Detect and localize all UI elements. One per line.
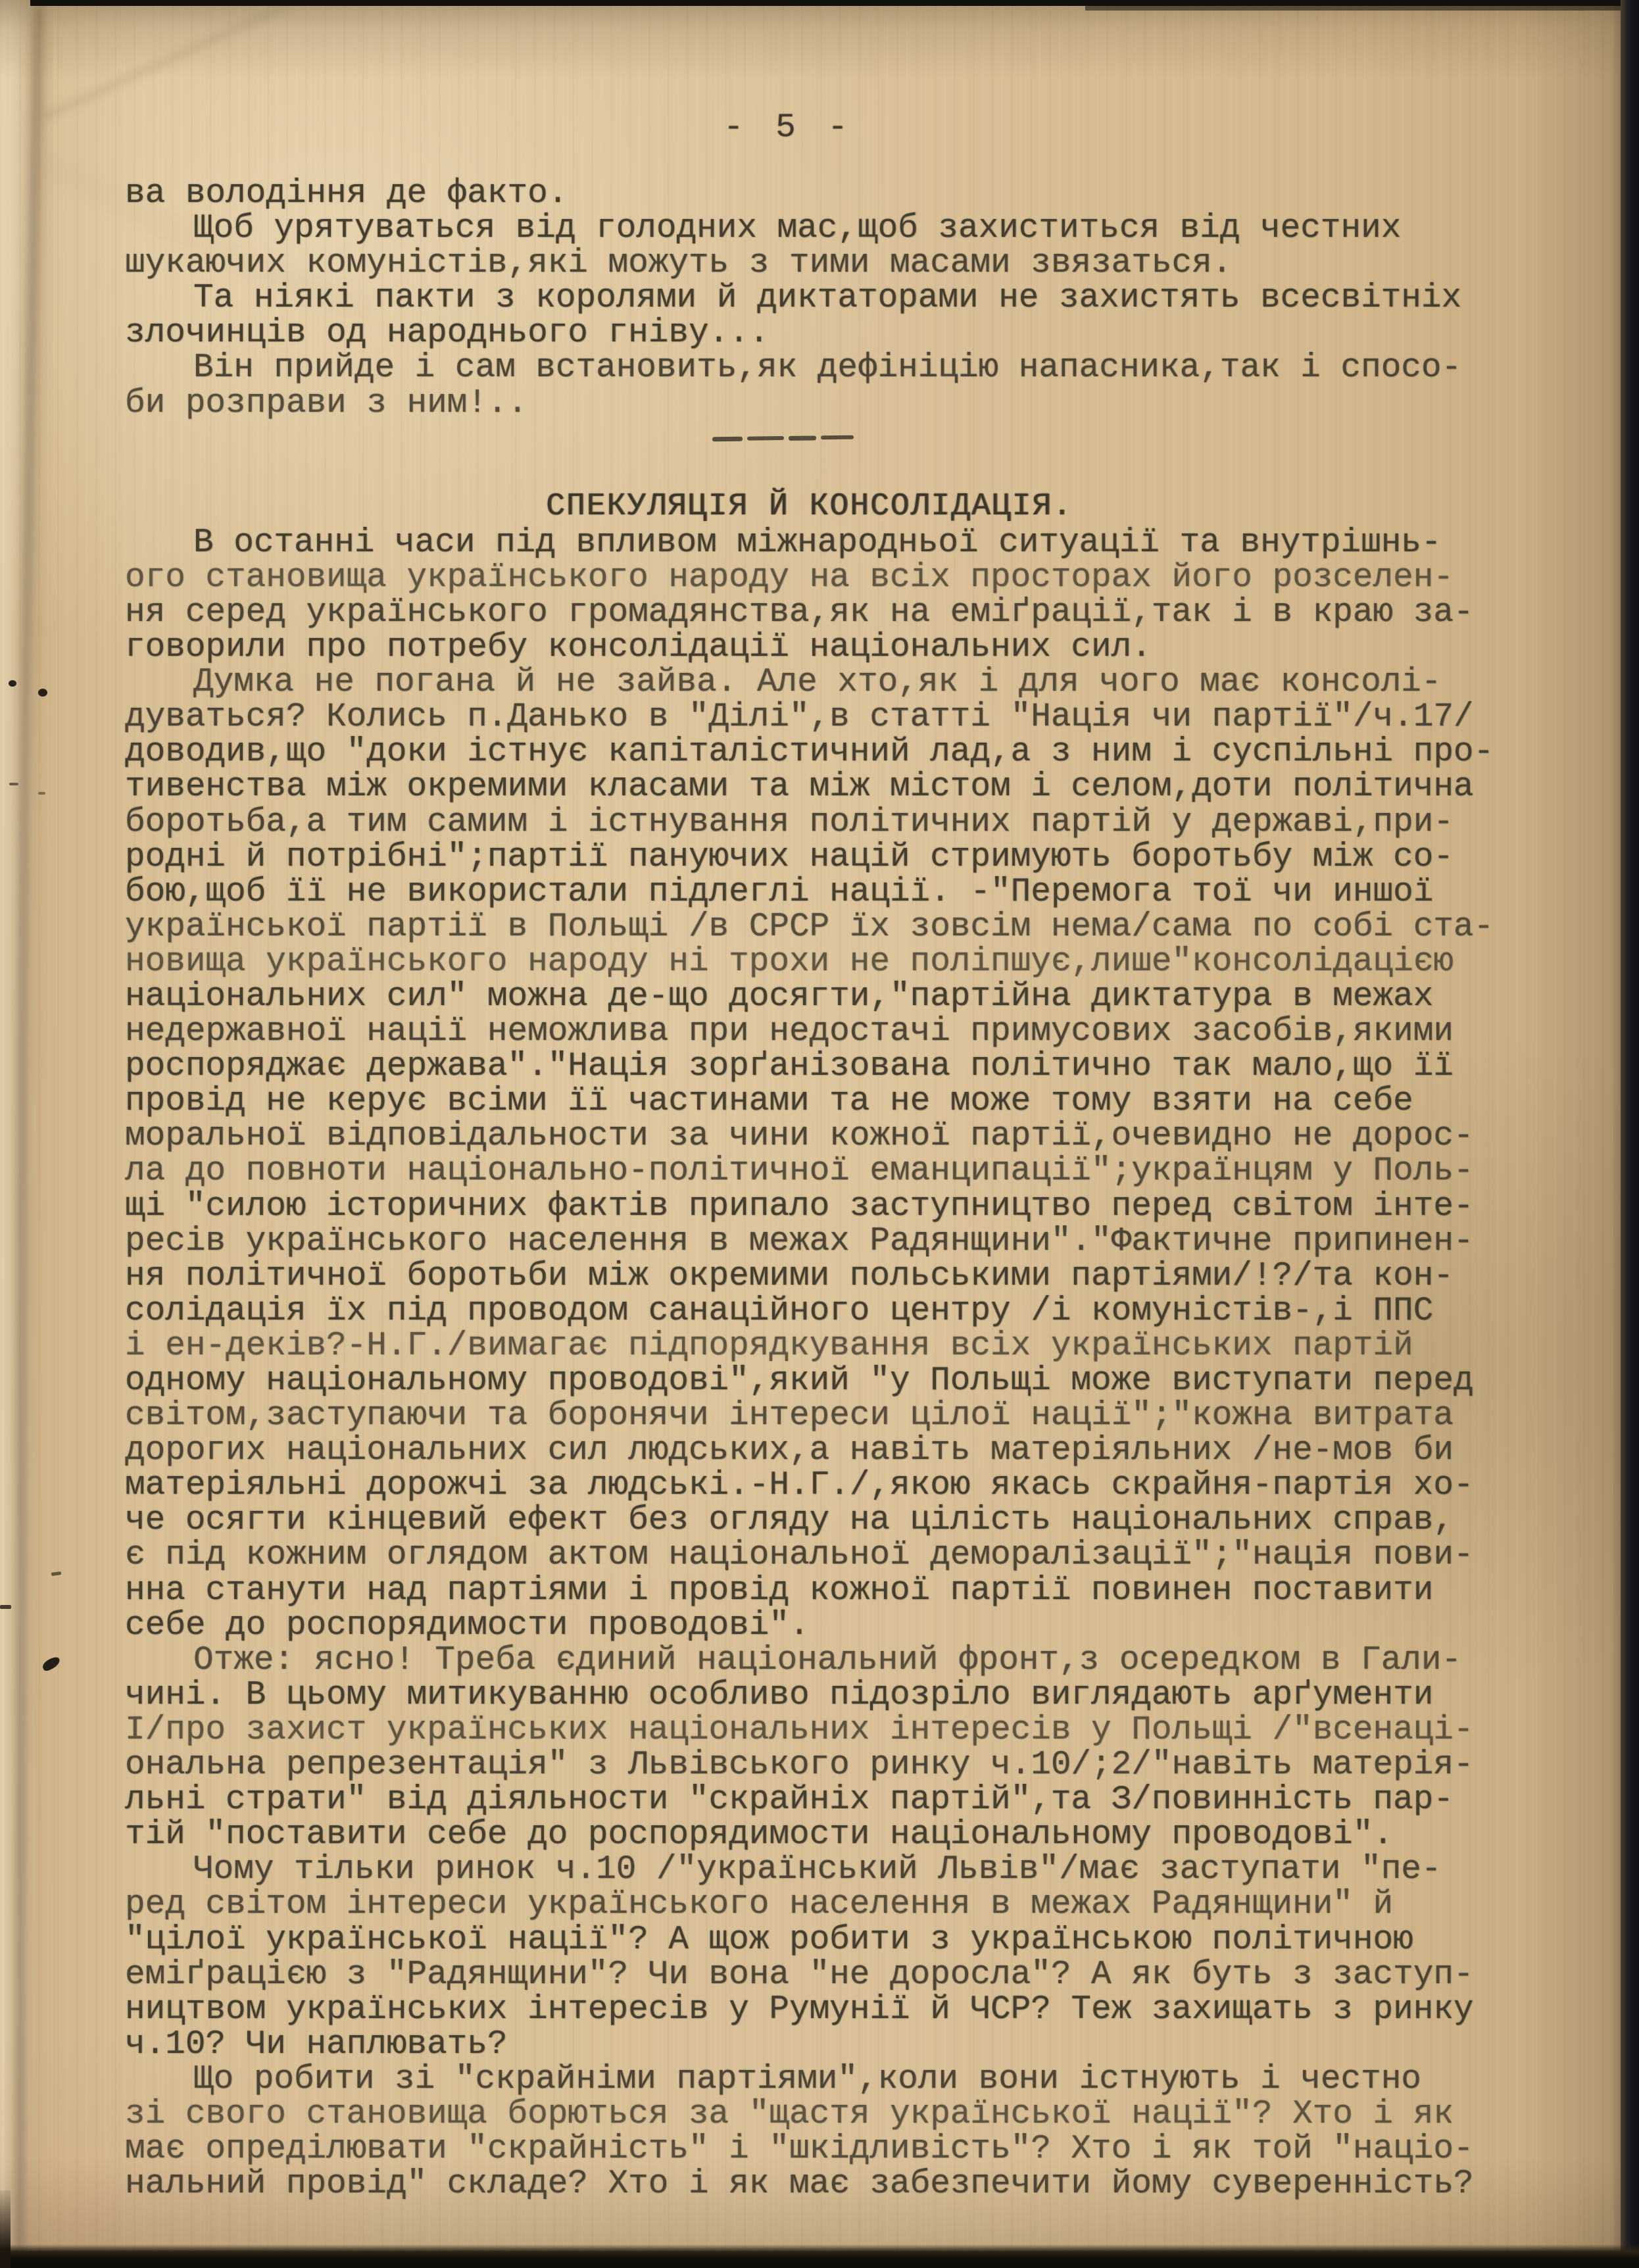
text-line: провід не керує всіми її частинами та не…	[125, 1084, 1532, 1119]
text-line: бою,щоб її не використали підлеглі нації…	[125, 875, 1532, 910]
text-line: чині. В цьому митикуванню особливо підоз…	[125, 1678, 1532, 1713]
ink-dash	[9, 783, 18, 785]
text-line: є під кожним оглядом актом національної …	[125, 1538, 1532, 1573]
scanned-page: - 5 - ва володіння де факто.Щоб урятуват…	[0, 0, 1639, 2268]
text-line: нальний провід" складе? Хто і як має заб…	[125, 2167, 1532, 2202]
ink-dash	[38, 792, 45, 795]
text-line: ва володіння де факто.	[125, 176, 1532, 211]
scan-edge-corner	[0, 2190, 11, 2268]
text-line: роспоряджає держава"."Нація зорґанізован…	[125, 1049, 1532, 1084]
text-line: одному національному проводові",який "у …	[125, 1364, 1532, 1398]
text-line: тивенства між окремими класами та між мі…	[125, 770, 1532, 804]
text-line: би розправи з ним!..	[125, 386, 1532, 421]
scan-edge-top	[1085, 6, 1639, 11]
text-line: ня політичної боротьби між окремими поль…	[125, 1259, 1532, 1294]
text-line: недержавної нації неможлива при недостач…	[125, 1014, 1532, 1049]
section-heading-block: СПЕКУЛЯЦІЯ Й КОНСОЛІДАЦІЯ.	[125, 456, 1532, 526]
text-line: Чому тільки ринок ч.10 /"український Льв…	[125, 1852, 1532, 1887]
text-line: має опреділювати "скрайність" і "шкідлив…	[125, 2132, 1532, 2167]
text-line: ресів українського населення в межах Рад…	[125, 1224, 1532, 1259]
text-line: себе до роспорядимости проводові".	[125, 1608, 1532, 1643]
text-line: моральної відповідальности за чини кожно…	[125, 1119, 1532, 1154]
divider-slot	[125, 421, 1532, 456]
text-line: доводив,що "доки істнує капіталістичний …	[125, 735, 1532, 770]
text-line: ред світом інтереси українського населен…	[125, 1887, 1532, 1922]
text-line: дорогих національних сил людських,а наві…	[125, 1433, 1532, 1468]
text-line: матеріяльні дорожчі за людські.-Н.Г./,як…	[125, 1468, 1532, 1503]
text-line: ого становища українського народу на всі…	[125, 560, 1532, 595]
text-line: Він прийде і сам встановить,як дефініцію…	[125, 351, 1532, 385]
scan-edge-right	[1621, 0, 1639, 2268]
text-line: родні й потрібні";партії пануючих націй …	[125, 840, 1532, 875]
text-line: шукаючих комуністів,які можуть з тими ма…	[125, 246, 1532, 281]
scan-edge-bottom	[0, 2244, 1639, 2268]
text-line: зі свого становища борються за "щастя ук…	[125, 2097, 1532, 2132]
text-line: еміґрацією з "Радянщини"? Чи вона "не до…	[125, 1958, 1532, 1992]
text-line: боротьба,а тим самим і істнування політи…	[125, 805, 1532, 840]
ink-dash	[0, 1605, 11, 1609]
text-line: дуваться? Колись п.Данько в "Ділі",в ста…	[125, 700, 1532, 735]
text-line: ництвом українських інтересів у Румунії …	[125, 1992, 1532, 2027]
page-number: - 5 -	[723, 109, 854, 147]
text-line: ла до повноти національно-політичної ема…	[125, 1154, 1532, 1189]
scan-edge-top	[30, 0, 1639, 6]
text-line: говорили про потребу консолідації націон…	[125, 630, 1532, 665]
text-line: злочинців од народнього гніву...	[125, 316, 1532, 351]
text-line: ч.10? Чи наплювать?	[125, 2027, 1532, 2062]
section-divider	[712, 434, 856, 441]
text-line: Отже: ясно! Треба єдиний національний фр…	[125, 1643, 1532, 1678]
text-line: тій "поставити себе до роспорядимости на…	[125, 1817, 1532, 1852]
text-line: че осягти кінцевий ефект без огляду на ц…	[125, 1503, 1532, 1538]
ink-dot	[38, 689, 47, 697]
text-line: нна станути над партіями і провід кожної…	[125, 1573, 1532, 1608]
text-line: новища українського народу ні трохи не п…	[125, 945, 1532, 979]
text-line: щі "силою історичних фактів припало заст…	[125, 1189, 1532, 1224]
top-shadow	[0, 0, 1639, 79]
text-line: світом,заступаючи та боронячи інтереси ц…	[125, 1398, 1532, 1433]
text-line: національних сил" можна де-що досягти,"п…	[125, 979, 1532, 1014]
text-line: ональна репрезентація" з Львівського рин…	[125, 1748, 1532, 1783]
text-line: "цілої української нації"? А щож робити …	[125, 1923, 1532, 1958]
text-line: Щоб урятуваться від голодних мас,щоб зах…	[125, 211, 1532, 246]
text-line: Та ніякі пакти з королями й диктаторами …	[125, 281, 1532, 316]
text-line: льні страти" від діяльности "скрайніх па…	[125, 1783, 1532, 1817]
section-heading: СПЕКУЛЯЦІЯ Й КОНСОЛІДАЦІЯ.	[546, 489, 1073, 524]
typed-text-column: ва володіння де факто.Щоб урятуваться ві…	[125, 176, 1532, 2202]
text-line: солідація їх під проводом санаційного це…	[125, 1294, 1532, 1329]
text-line: ня серед українського громадянства,як на…	[125, 595, 1532, 630]
text-line: і ен-деків?-Н.Г./вимагає підпорядкування…	[125, 1329, 1532, 1364]
ink-dot	[9, 680, 16, 687]
text-line: української партії в Польщі /в СРСР їх з…	[125, 910, 1532, 945]
text-line: Думка не погана й не зайва. Але хто,як і…	[125, 665, 1532, 700]
text-line: В останні часи під впливом міжнародньої …	[125, 526, 1532, 560]
text-line: І/про захист українських національних ін…	[125, 1713, 1532, 1748]
text-line: Що робити зі "скрайніми партіями",коли в…	[125, 2062, 1532, 2097]
